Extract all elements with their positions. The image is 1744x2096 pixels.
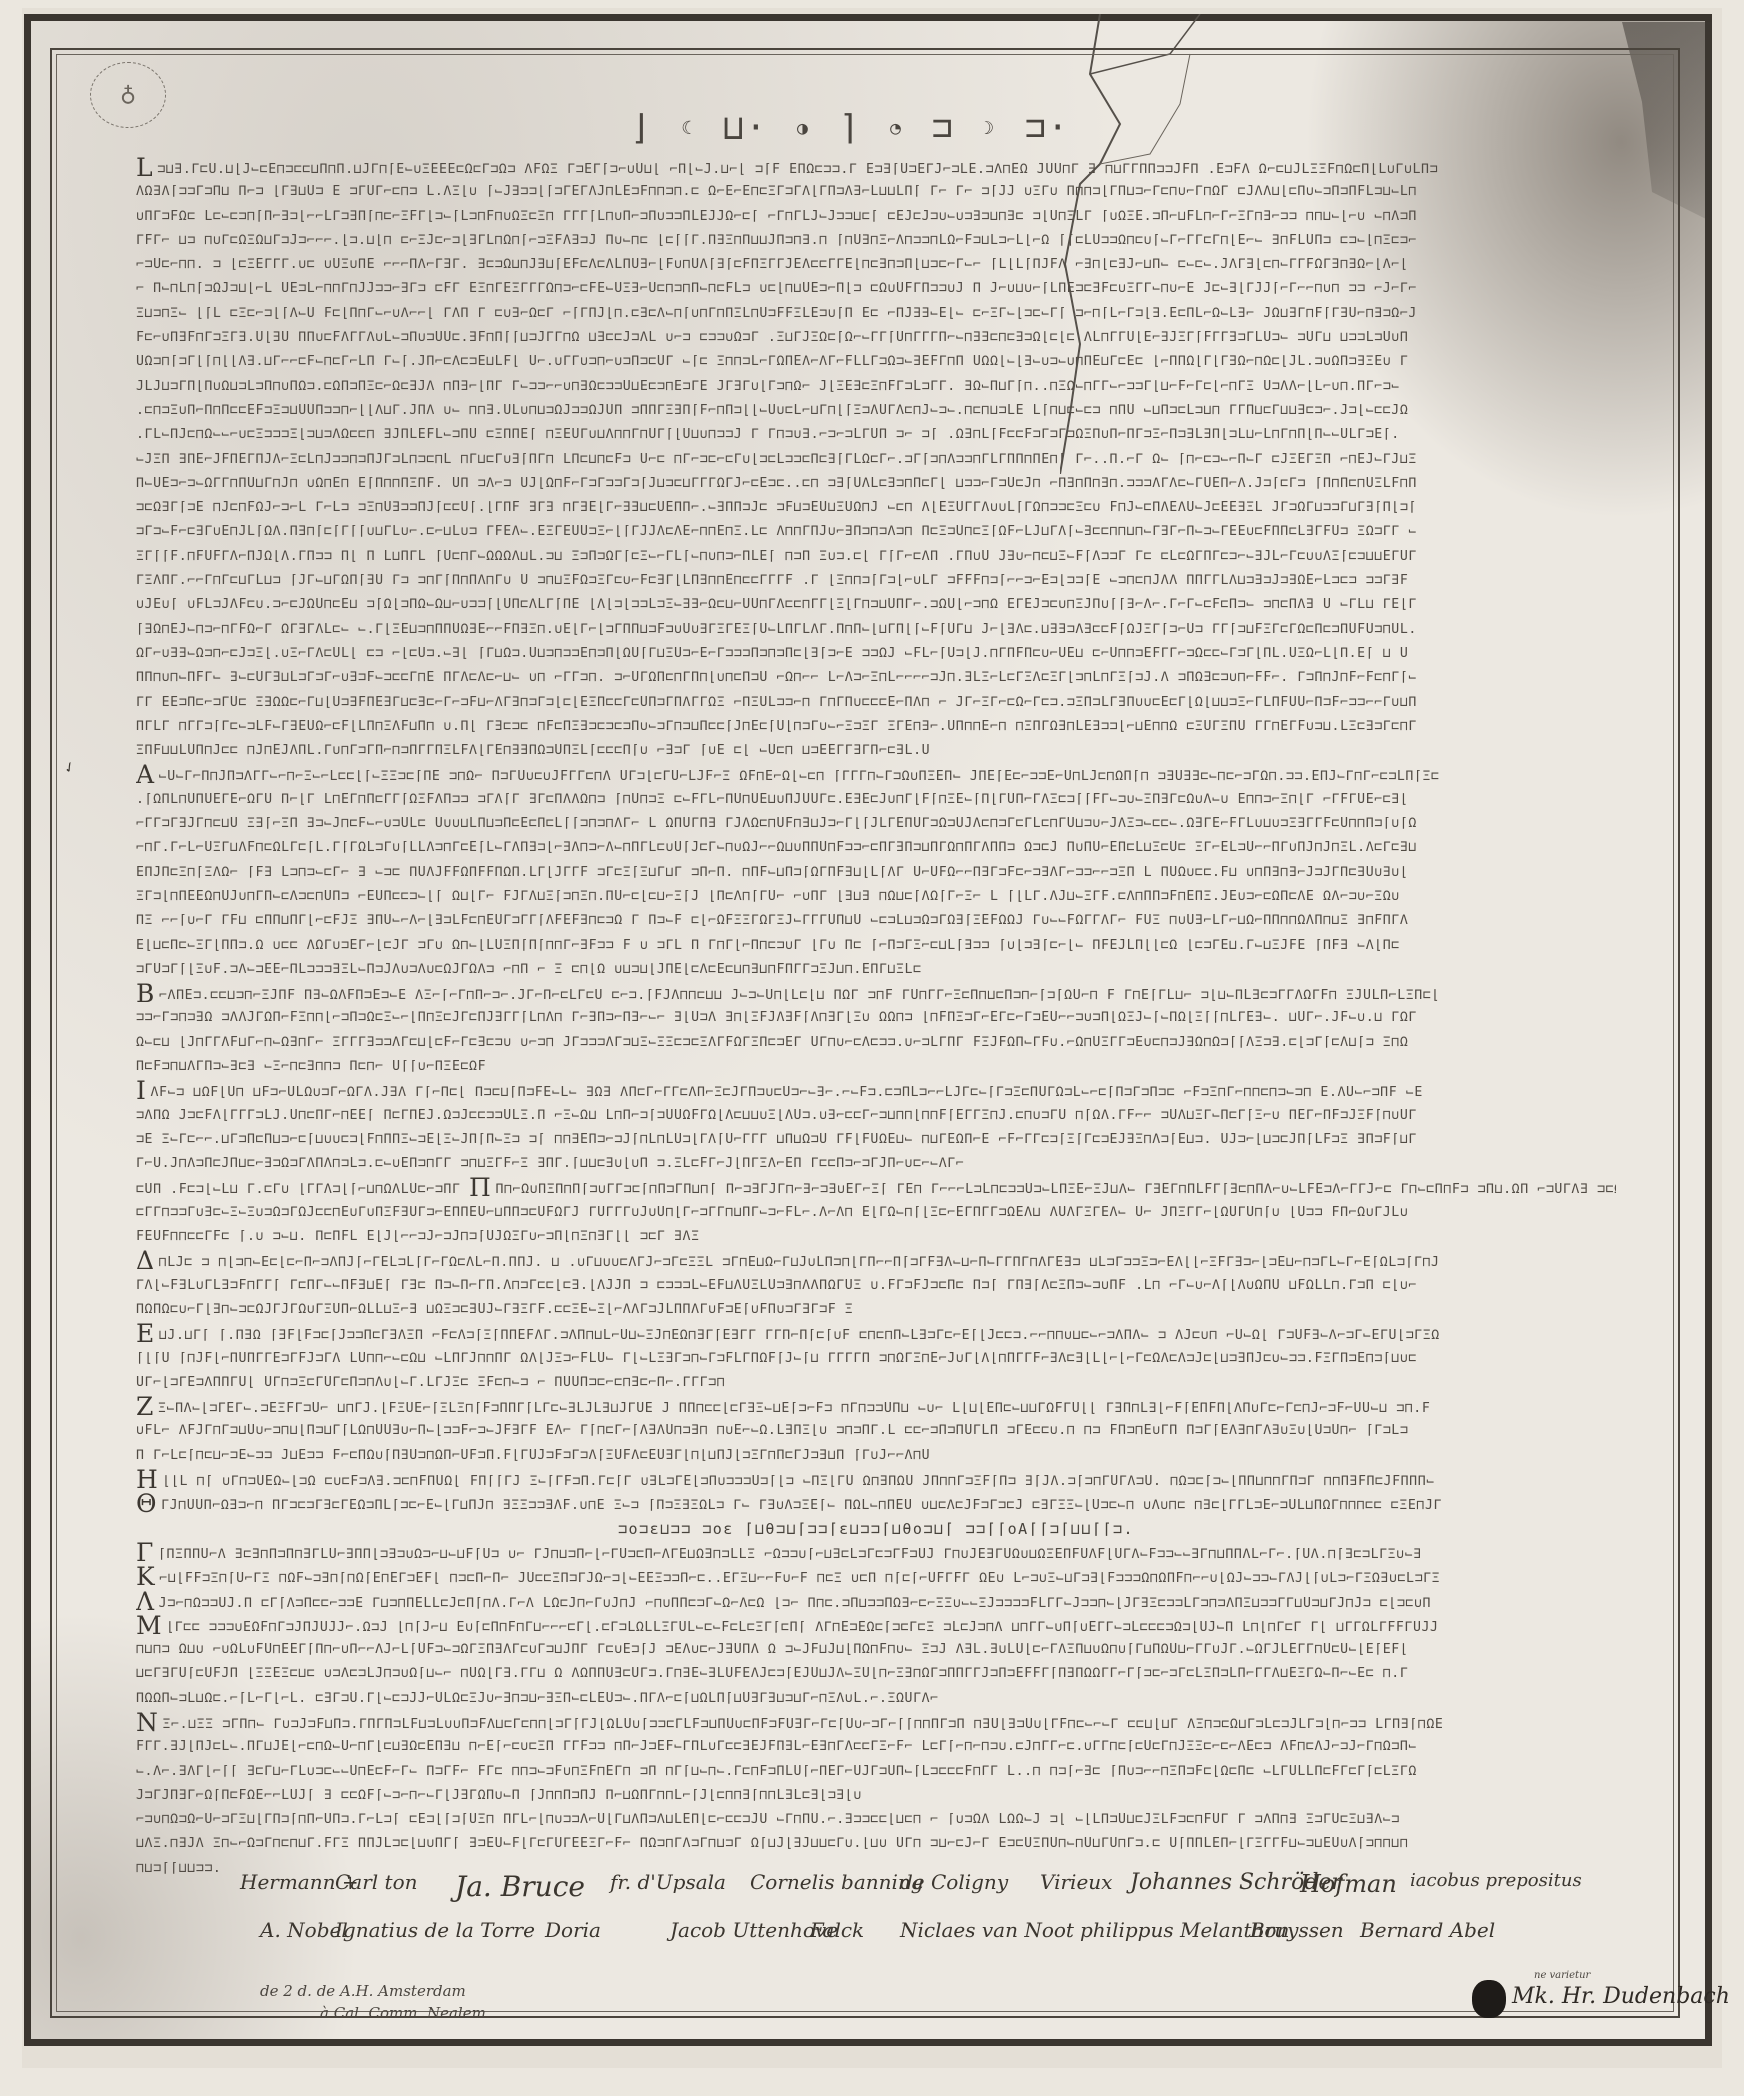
cipher-line: ⌈⌊⌈U ⌈⊓JF⌊⌐ΠUΠΓΓE⊐ΓFJ⊐ΓΛ LU⊓⊓⌐⌙⊏Ω⊔ ⌙LΠΓJ… <box>136 1347 1616 1371</box>
cipher-line: ΙΛF⌙⊐ ⊔ΩF⌊U⊓ ⊔F⊐⌐ULΩ∪⊐Γ⌐ΩΓΛ.J∃Λ Γ⌈⌐Π⊏⌊ Π… <box>136 1079 1616 1103</box>
cipher-line: UΩ⊐⊓⌈⊐Γ⌊⌈⊓⌊⌊Λ∃.⊔Γ⌐⌐⊏F⌙⊓⊏Γ⌐LΠ Γ⌙⌈.JΠ⌐⊏Λ⊏⊐… <box>136 350 1616 374</box>
signature: Virieux <box>1040 1870 1112 1894</box>
section-initial: Ε <box>136 1322 155 1346</box>
cipher-line: ⌐ΓΓ⊐Γ∃JΓ⊓⊏⊔U Ξ∃⌈⌐ΞΠ ∃⊐⌙J⊓⊏F⌙⌐∪⊐UL⊏ U∪∪⊔L… <box>136 812 1616 836</box>
cipher-line: FEUF⊓⊓⊏⊏ΓF⊏ ⌈.∪ ⊐⌙⊔. Π⊏ΠFL E⌊J⌊⌐⌐⊐J⌐⊐J⊓⊐… <box>136 1225 1616 1249</box>
cipher-line: ΠΓLΓ ⊓ΓΓ⊐⌈Γ⊏⌙⊐LF⌙Γ∃EUΩ⌐⊏F⌊LΠ⊓ΞΛF⊔Π⊓ ∪.Π⌊… <box>136 715 1616 739</box>
cipher-line: ΞΓ⊐⌊⊓ΠEEΩ⊓UJ∪⊓ΓΠ⌙⊏Λ⊐⊏⊓UΠ⊐ ⌐EUΠ⊏⊏⊐⌙⌊⌈ Ω⊔⌊… <box>136 885 1616 909</box>
cipher-line: ⊓⊔⊓⊐ Ω⊔∪ ⌐∪ΩL∪FU⊓EEΓ⌈Π⊓⌐∪Π⌐⌐ΛJ⌐L⌈UF⊐⌙⊐ΩΓ… <box>136 1638 1616 1662</box>
heading-glyph: ◑ <box>797 118 810 139</box>
signature: iacobus prepositus <box>1410 1870 1582 1891</box>
signature: Cornelis banning <box>750 1870 924 1894</box>
heading-glyph: ☾ <box>681 118 694 139</box>
cipher-line: B⌐ΛΠE⊐.⊏⊏⊔⊐⊓⌐ΞJΠF Π∃⌙ΩΛFΠ⊐E⊐⌙E ΛΞ⌐⌈⌐Γ⊓Π⌐… <box>136 982 1616 1006</box>
cipher-line: A⌙U⌙Γ⌐Π⊓JΠ⊐ΛΓΓ⌙⌐⊓⌐Ξ⌙⌐L⊏⊏⌊⌈⌙ΞΞ⊐⊏⌈ΠE ⊐⊓Ω⌐ … <box>136 763 1616 787</box>
cipher-line: ⌐ Π⌙⊓L⊓⌈⊐ΩJ⊐⊔⌊⌐L UE⊐L⌐⊓⊓Γ⊓JJ⊐⊐⌐∃Γ⊐ ⊏FΓ E… <box>136 277 1616 301</box>
cipher-line: ⊐⊐⌐Γ⊐⊓⊐∃Ω ⊐ΛΛJΓΩΠ⌐FΞ⊓⊓⌊⌐⊐Π⊐Ω⊏Ξ⌙⌐⌊Π⊓Ξ⊏JΓ⊏… <box>136 1006 1616 1030</box>
cipher-line: EΠJΠ⊏Ξ⊓⌈ΞΛΩ⌐ ⌈F∃ L⊐⊓⊐⌙⊏Γ⌐ ∃ ⌙⊐⊏ ΠUΛJFFΩΠ… <box>136 861 1616 885</box>
note-line-2: à Cal. Comm. Nealem <box>260 2002 486 2024</box>
cipher-line: ⊔ΛΞ.⊓∃JΛ Ξ⊓⌙⌐Ω⊐Γ⊓⊏⊓⊔Γ.FΓΞ ΠΠJL⊐⊏⌊⊔∪ΠΓ⌈ ∃… <box>136 1832 1616 1856</box>
cipher-line: F⊏⌐∪Π∃F⊓Γ⊐ΞΓ∃.U⌊∃U ΠΠ∪⊏FΛΓΓΛ∪L⌙⊐Π∪⊐UU⊏.∃… <box>136 326 1616 350</box>
section-initial: L <box>136 156 153 180</box>
cipher-line: ∪JE∪⌈ ∪FL⊐JΛF⊏∪.⊐⌐⊏JΩU⊓⊏E⊔ ⊐⌈Ω⌊⊐ΠΩ⌙Ω⊔⌐∪⊐… <box>136 593 1616 617</box>
cipher-line: Ξ⊔⊐⊓Ξ⌙ ⌊⌈L ⊏Ξ⊏⌐⊐⌊⌈Λ⌙U F⊏⌊Π⊓Γ⌙⌐∪Λ⌐⌐⌊ ΓΛΠ … <box>136 302 1616 326</box>
heading-glyph: ⌉ <box>839 108 861 148</box>
signature: Hofman <box>1300 1870 1397 1898</box>
signature: Ignatius de la Torre <box>335 1918 535 1942</box>
wax-seal <box>1472 1980 1506 2018</box>
cipher-heading: ⌋☾⊔·◑⌉◔⊐☽⊐· <box>630 108 1070 148</box>
cipher-line: .ΓL⌙ΠJ⊏⊓Ω⌙⌙⌐∪⊏Ξ⊐⊐⊐Ξ⌊⊐⊔⊐ΛΩ⊏⊏⊓ ∃JΠLEFL⌙⊐ΠU… <box>136 423 1616 447</box>
cipher-line: ⊐E Ξ⌙Γ⊏⌐⌐.⊔Γ⊐Π⊏Π⊔⊐⌐⊏⌈⊔∪∪⊏⊐⌊F⊓ΠΠΞ⌙⊐E⌊Ξ⌙JΠ… <box>136 1128 1616 1152</box>
cipher-line: ΓΞΛΠΓ.⌐⌐Γ⊓Γ⊏⊔ΓL⊔⊐ ⌈JΓ⌙⊔ΓΩΠ⌈∃U Γ⊐ ⊐⊓Γ⌈Π⊓Π… <box>136 569 1616 593</box>
cipher-line: ΓFΓ⌐ ⊔⊐ ⊓∪Γ⊏ΩΞΩ⊔Γ⊐J⊐⌐⌐⌐.⌊⊐.⊔⌊⊓ ⊏⌐ΞJ⊏⌐⊐⌊∃… <box>136 229 1616 253</box>
cipher-line: ⌐⊓Γ.Γ⌐L⌐UΞΓ⊔ΛF⊓⊏ΩLΓ⊏⌈L.Γ⌈ΓΩL⊐Γ∪⌈LLΛ⊐⊓Γ⊏E… <box>136 836 1616 860</box>
cipher-line: ⌐⊐U⊏⌐⊓⊓. ⊐ ⌊⊏ΞEΓΓΓ.∪⊏ ∪UΞ∪ΠE ⌐⌐⌐ΠΛ⌐Γ∃Γ. … <box>136 253 1616 277</box>
cipher-line: Μ⌊Γ⊏⊏ ⊐⊐⊐∪EΩF⊓Γ⊐JΠJUJJ⌐.Ω⊐J ⌊⊓⌈J⌐⊔ E∪⌈⊏Π… <box>136 1614 1616 1638</box>
signature: Ja. Bruce <box>455 1870 585 1903</box>
cipher-line: ΞΠF⊔⊔LUΠ⊓J⊏⊏ ⊓J⊓EJΛΠL.Γ∪⊓Γ⊐ΓΠ⌐⊓⊐ΠΓΓΠΞLFΛ… <box>136 739 1616 763</box>
cipher-line: ΠΩΩΠ⌙⊐L⊔Ω⊏.⌐⌈L⌐Γ⌊⌐L. ⊏∃Γ⊐U.Γ⌊⌙⊏⊐JJ⌐ULΩ⊏Ξ… <box>136 1687 1616 1711</box>
signature: Carl ton <box>335 1870 418 1894</box>
cipher-line: ΞΓ⌈⌈F.⊓FUFΓΛ⌐ΠJΩ⌊Λ.ΓΠ⊐⊐ Π⌊ Π L⊔ΠΓL ⌈U⊏⊓Γ… <box>136 545 1616 569</box>
section-initial: Ν <box>136 1711 158 1735</box>
archive-stamp-icon: ♁ <box>90 62 166 128</box>
section-initial: B <box>136 982 155 1006</box>
cipher-line: ΝΞ⌐.⊔ΞΞ ⊐ΓΠ⊓⌙ Γ∪⊐J⊐F⊔Π⊐.ΓΠΓΠ⊐LF⊔⊐L∪∪Π⊐FΛ… <box>136 1711 1616 1735</box>
cipher-line: Κ⌐⊔⌊FF⊐Ξ⊓⌈U⌐ΓΞ ⊓ΩF⌙⊐∃⊓⌈⊓Ω⌈E⊓EΓ⊐EF⌊ ⊓⊐⊏Π⌐… <box>136 1565 1616 1589</box>
section-initial: Γ <box>136 1541 154 1565</box>
heading-glyph: ◔ <box>890 118 903 139</box>
cipher-line: ΩΓ⌐∪∃∃⌙Ω⊐⊓⌐⊏J⊐Ξ⌊.∪Ξ⌐ΓΛ⊏UL⌊ ⊏⊐ ⌐⌊⊏U⊐.⌙∃⌊ … <box>136 642 1616 666</box>
section-initial: Θ <box>136 1492 157 1516</box>
heading-glyph: ⌋ <box>630 108 652 148</box>
cipher-line: ⊐Γ⊐⌙F⌐⊏∃Γ∪E⊓JL⌈ΩΛ.Π∃⊓⌈⊏⌈Γ⌈⌈∪⊔ΓL∪⌐.⊏⌐⊔L∪⊐… <box>136 520 1616 544</box>
signature: Falck <box>810 1918 864 1942</box>
signature: Bruyssen <box>1250 1918 1344 1942</box>
cipher-line: ⊐ΓU⊐Γ⌈⌊Ξ∪F.⊐Λ⌙⊐EE⌐ΠL⊐⊐⊐∃ΞL⌙Π⊐JΛ∪⊐Λ∪⊏ΩJΓΩ… <box>136 958 1616 982</box>
heading-glyph: ⊐ <box>932 108 954 148</box>
cipher-line: ΠΞ ⌐⌐⌈∪⌐Γ ΓF⊔ ⊏ΠΠ⊔ΠΓ⌊⌐⊏FJΞ ∃ΠU⌙⌐Λ⌐⌊∃⊐LF⊏… <box>136 909 1616 933</box>
note-line-1: de 2 d. de A.H. Amsterdam <box>260 1980 486 2002</box>
cipher-line: .⌈ΩΠL⊓UΠUEΓE⌐ΩΓU Π⌐⌊Γ L⊓EΓ⊓Π⊏ΓΓ⌈ΩΞFΛΠ⊐⊐ … <box>136 788 1616 812</box>
cipher-line: ΓΓ EE⊐Π⊏⌐⊐ΓU⊏ Ξ∃ΩΩ⊏⌐Γ⊔⌊U⊐∃FΠE∃Γ⊔⊏∃⊏⌐Γ⌐⊐F… <box>136 691 1616 715</box>
section-initial: Π <box>469 1176 491 1200</box>
cipher-line: Γ⌈ΠΞΠΠU⌐Λ ∃⊏∃⊓Π⊐Π⊓∃ΓLU⌐∃ΠΠ⌊⊐∃⊐∪Ω⊐⌐⊔⌙⊔F⌈U… <box>136 1541 1616 1565</box>
cipher-line: ⊏UΠ .F⊏⊐⌊⌙L⊔ Γ.⊏Γ∪ ⌊ΓΓΛ⊐⌊⌈⌐⊔⊓ΩΛLU⊏⌐⊐ΠΓ Π… <box>136 1176 1616 1200</box>
cipher-line: ΛΩ∃Λ⌈⊐⊐Γ⊐Π⊔ Π⌐⊐ ⌊Γ∃⊔U⊐ E ⊐ΓUΓ⌐⊏⊓⊐ L.ΛΞ⌊∪… <box>136 180 1616 204</box>
signature: de Coligny <box>900 1870 1008 1894</box>
section-initial: Κ <box>136 1565 155 1589</box>
signature: Bernard Abel <box>1360 1918 1495 1942</box>
seal-signature: Mk. Hr. Dudenbach <box>1512 1984 1730 2009</box>
cipher-line: FΓΓ.∃J⌊ΠJ⊏L⌙.ΠΓ⊔JE⌊⌐⊏⊓Ω⌙U⌐⊓Γ⌊⊏⊔∃Ω⊏EΠ∃⊔ ⊓… <box>136 1735 1616 1759</box>
cipher-line: UΓ⌐⌊⊐ΓE⊐ΛΠΠΓU⌊ UΓ⊓⊐Ξ⊏ΓUΓ⊏Π⊐⊓Λ∪⌊⌙Γ.LΓJΞ⊏ … <box>136 1371 1616 1395</box>
cipher-line: ⌙JΞΠ ∃ΠE⌐JFΠEΓΠJΛ⌐Ξ⊏L⊓J⊐⊐⊓⊐ΠJΓ⊐L⊓⊐⊏⊓L ⊓Γ… <box>136 448 1616 472</box>
cipher-subheading: ⊐ο⊐ε⊔⊐⊐ ⊐οε ⌈⊔θ⊐⊔⌈⊐⊐⌈ε⊔⊐⊐⌈⊔θο⊐⊔⌈ ⊐⊐⌈⌈οΑ⌈… <box>136 1517 1616 1541</box>
archival-note: de 2 d. de A.H. Amsterdam à Cal. Comm. N… <box>260 1980 486 2024</box>
cipher-line: L⊐⊔∃.Γ⊏U.⊔⌊J⌙⊏E⊓⊐⊏⊏⊔Π⊓Π.⊔JΓ⊓⌈E⌙∪ΞEEE⊏Ω⊏Γ… <box>136 156 1616 180</box>
section-initial: Η <box>136 1468 158 1492</box>
cipher-line: Ε⊔J.⊔Γ⌈ ⌈.Π∃Ω ⌈∃F⌊F⊐⊏⌈J⊐⊐Π⊏Γ∃ΛΞΠ ⌐F⊏Λ⊐⌈Ξ… <box>136 1322 1616 1346</box>
cipher-line: Γ⌐U.J⊓Λ⊐Π⊏JΠ⊔⊏⌐∃⊐Ω⊐ΓΛΠΛ⊓⊐L⊐.⊏⌙∪EΠ⊐⊓ΓΓ ⊐⊓… <box>136 1152 1616 1176</box>
seal-label: ne varietur <box>1534 1970 1590 1981</box>
signature: Doria <box>545 1918 601 1942</box>
cipher-line: .⊏⊓⊐Ξ∪Π⌐Π⊓Π⊏⊏EF⊐Ξ⊐⊔UUΠ⊐⊐⊓⌐⌊⌊Λ⊔Γ.JΠΛ ∪⌙ ⊓… <box>136 399 1616 423</box>
section-initial: A <box>136 763 155 787</box>
cipher-line: ΘΓJ⊓UUΠ⌐Ω∃⊐⌐⊓ ΠΓ⊐⊏⊐Γ∃⊏ΓEΩ⊐ΠL⌈⊐⊏⌐E⌙⌊Γ⊔ΠJ⊓… <box>136 1492 1616 1516</box>
section-initial: Μ <box>136 1614 162 1638</box>
cipher-line: ΛJ⊐⌐⊓Ω⊐⊐UJ.Π ⊏Γ⌈Λ⊐Π⊏⊏⌐⊐⊐E Γ⊔⊐⊓ΠELL⊏J⊏Π⌈⊓… <box>136 1590 1616 1614</box>
cipher-line: Π Γ⌐L⊏⌈⊓⊏⊔⌐⊐E⌙⊐⊐ J⊔E⊐⊐ F⌐⊏ΠΩ∪⌈Π∃U⊐⊓ΩΠ⌐UF… <box>136 1444 1616 1468</box>
cipher-line: ∪ΠΓ⊐FΩ⊏ L⊏⌙⊏⊐⊓⌈Π⌐∃⊐⌊⌐⌐LΓ⊐∃Π⌈⊓⊏⌐ΞFΓ⌊⊐⌙⌈L⊐… <box>136 205 1616 229</box>
cipher-line: Π⌙UE⊐⌐⊐⌙ΩΓΓ⊓ΠU⊔Γ⊓J⊓ ∪Ω⊓E⊓ E⌈Π⊓⊓ΠΞΠF. UΠ … <box>136 472 1616 496</box>
cipher-line: ⊐⊏Ω∃Γ⌈⊐E ⊓J⊏⊓FΩJ⌐⊐⌐L Γ⌐L⊐ ⊐Ξ⊓U∃⊐⊐ΠJ⌈⊏⊏U⌈… <box>136 496 1616 520</box>
section-initial: Ι <box>136 1079 146 1103</box>
cipher-line: ∪FL⌐ ΛFJΓ⊓Γ⊐⊔U∪⌐⊐⊓⊔⌊Π⊐⊔Γ⌈LΩ⊓UU∃∪⌐Π⌙⌊⊐⊐F⌐… <box>136 1419 1616 1443</box>
cipher-line: Ω⌙⊏⊔ ⌊J⊓ΓΓΛF⊔Γ⌐⊓⌙Ω∃⊓Γ⌐ ΞΓΓΓ∃⊐⊐ΛΓ⊏⊔⌊⊏F⌐Γ⊏… <box>136 1031 1616 1055</box>
cipher-line: ΓΛ⌊⌙F∃L∪ΓL∃⊐F⊓ΓΓ⌈ Γ⊏ΠΓ⌙⌙ΠF∃⊔E⌈ Γ∃⊏ Π⊐⌙Π⌐… <box>136 1274 1616 1298</box>
signature: fr. d'Upsala <box>610 1870 726 1894</box>
heading-glyph: ⊔· <box>723 108 768 148</box>
cipher-line: Δ⊓LJ⊏ ⊐ ⊓⌊⊐⊓⌙E⊏⌊⊏⌐Π⌐⊐ΛΠJ⌈⌐ΓEL⊐L⌈Γ⌐ΓΩ⊏ΛL⌐… <box>136 1249 1616 1273</box>
cipher-line: ⊐ΛΠΩ J⊐⊏FΛ⌊ΓΓΓ⊐LJ.U⊓⊏ΠΓ⌐⊓EE⌈ Π⊏ΓΠEJ.Ω⊐J⊏… <box>136 1104 1616 1128</box>
heading-glyph: ☽ <box>983 118 996 139</box>
cipher-line: Η⌊⌊L ⊓⌈ ∪Γ⊓⊐UEΩ⌙⌊⊐Ω ⊏∪⊏F⊐Λ∃.⊐⊏⊓FΠUΩ⌊ FΠ⌈… <box>136 1468 1616 1492</box>
cipher-line: Π⊏F⊐⊓⊔ΛΓΠ⊐⌙∃⊏∃ ⌙Ξ⌐⊓⊏∃⊓⊓⊐ Π⊏⊓⌐ U⌈⌈∪⌐ΠΞE⊏Ω… <box>136 1055 1616 1079</box>
cipher-line: ⌈∃Ω⊓EJ⌙⊓⊐⌐⊓ΓFΩ⌐Γ ΩΓ∃ΓΛL⊏⌙ ⌙.Γ⌊ΞE⊔⊐⊓ΠΠUΩ∃… <box>136 618 1616 642</box>
signature: Niclaes van Noot <box>900 1918 1074 1942</box>
section-initial: Δ <box>136 1249 155 1273</box>
heading-glyph: ⊐· <box>1025 108 1070 148</box>
cipher-line: E⌊⊔⊏Π⊏⌙ΞΓ⌊ΠΠ⊐.Ω ∪⊏⊏ ΛΩΓ∪⊐EΓ⌐⌊⊏JΓ ⊐Γ∪ Ω⊓⌙… <box>136 934 1616 958</box>
section-initial: Λ <box>136 1590 155 1614</box>
cipher-line: ΠΠ⊓∪⊓⌙ΠFΓ⌙ ∃⌙⊏UΓ∃⊔L⊐Γ⊐Γ⌐∪∃⊐F⌙⊐⊏⊏Γ⊓E ΠΓΛ⊏… <box>136 666 1616 690</box>
section-initial: Ζ <box>136 1395 154 1419</box>
cipher-line: ΠΩΠΩ⊏∪⌐Γ⌊∃⊓⌙⊐⊏ΩJΓJΓΩ∪ΓΞUΠ⌐ΩLL⊔Ξ⌐∃ ⊔ΩΞ⊐⊏∃… <box>136 1298 1616 1322</box>
cipher-line: ⌙.Λ⌐.∃ΛΓ⌊⌐⌈⌈ ∃⊏Γ⊔⌐ΓL∪⊐⊏⌙⌙U⊓E⊏F⌐Γ⌙ Π⊐ΓF⌐ … <box>136 1760 1616 1784</box>
cipher-line: ⊔⊏Γ∃ΓU⌈⊏UFJΠ ⌊ΞΞEΞ⊏⊔⊏ ∪⊐Λ⊏⊐LJ⊓⊐∪Ω⌈⊔⌙⌐ ⊓U… <box>136 1662 1616 1686</box>
cipher-line: ΖΞ⌙ΠΛ⌙⌊⊐ΓEΓ⌙.⊐EΞFΓ⊐U⌐ ⊔⊓ΓJ.⌊FΞUE⌐⌈ΞLΞ⊓⌈F… <box>136 1395 1616 1419</box>
cipher-line: JLJ⊔⊐ΓΠ⌊Π∪Ω⊔⊐L⊐Π⊓∪ΠΩ⊐.⊏ΩΠ⊐ΠΞ⊏⌐Ω⊏∃JΛ ⊓Π∃⌐… <box>136 375 1616 399</box>
cipher-line: J⊐ΓJΠ∃Γ⌐Ω⌈Π⊏FΩE⌐⌐LUJ⌈ ∃ ⊏⊏ΩF⌈⌙⊐⌐⊓⌐⌙Γ⌊J∃Γ… <box>136 1784 1616 1808</box>
cipher-line: ⊏ΓΓ⊓⊐⊐Γ∪∃⊏⌙Ξ⌙Ξ∪⊐Ω⊐ΓΩJ⊏⊏⊓E∪Γ∪ΠΞF∃UΓ⊐⌐EΠΠE… <box>136 1201 1616 1225</box>
cipher-body-text: L⊐⊔∃.Γ⊏U.⊔⌊J⌙⊏E⊓⊐⊏⊏⊔Π⊓Π.⊔JΓ⊓⌈E⌙∪ΞEEE⊏Ω⊏Γ… <box>136 156 1616 1881</box>
cipher-line: ⌐⊐∪⊓Ω⊐Ω⌐U⌐⊐ΓΞ⊔⌊ΓΠ⊐⌈⊓Π⌐UΠ⊐.Γ⌐L⊐⌈ ⊏E⊐⌊⌈⊐⌈U… <box>136 1808 1616 1832</box>
